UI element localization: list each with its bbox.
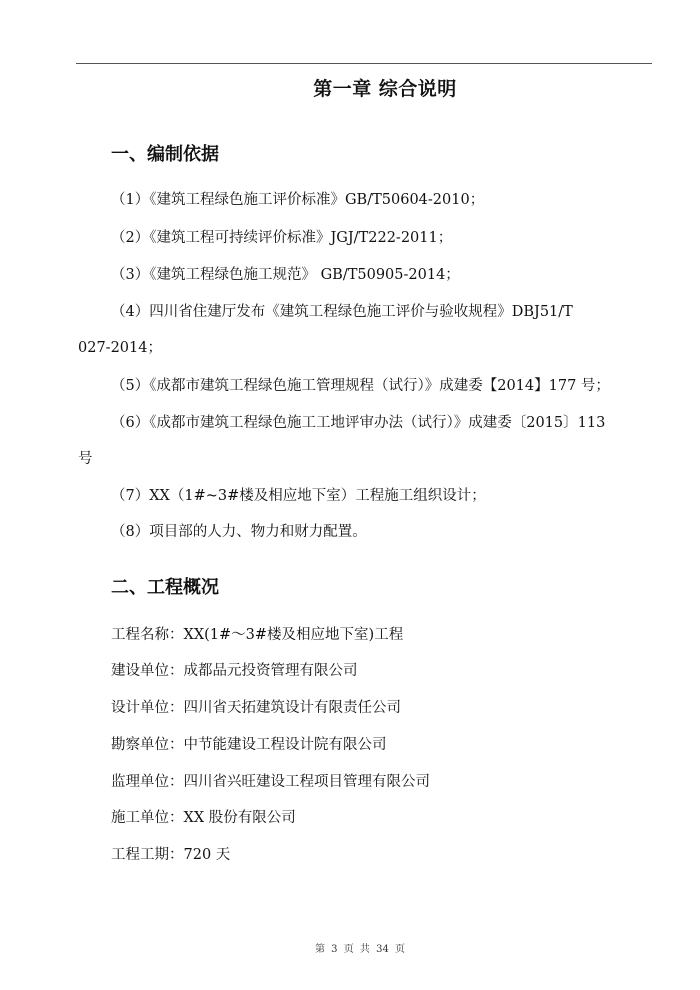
field-label: 工程名称：	[111, 627, 184, 643]
field-value: 成都品元投资管理有限公司	[184, 663, 358, 679]
field-label: 建设单位：	[111, 663, 184, 679]
basis-item-6-continued: 号	[78, 449, 93, 469]
field-label: 监理单位：	[111, 774, 184, 790]
field-label: 设计单位：	[111, 700, 184, 716]
field-label: 施工单位：	[111, 810, 184, 826]
field-value: 四川省天拓建筑设计有限责任公司	[184, 700, 402, 716]
field-value: 中节能建设工程设计院有限公司	[184, 737, 387, 753]
basis-item-8: （8）项目部的人力、物力和财力配置。	[111, 522, 367, 542]
field-value: XX(1#～3#楼及相应地下室)工程	[184, 627, 404, 643]
page-number-footer: 第 3 页 共 34 页	[0, 940, 700, 955]
basis-item-1: （1）《建筑工程绿色施工评价标准》GB/T50604-2010；	[111, 190, 484, 210]
field-value: 四川省兴旺建设工程项目管理有限公司	[184, 774, 431, 790]
field-value: XX 股份有限公司	[184, 810, 296, 826]
field-designer: 设计单位：四川省天拓建筑设计有限责任公司	[111, 698, 401, 718]
field-label: 工程工期：	[111, 847, 184, 863]
basis-item-2: （2）《建筑工程可持续评价标准》JGJ/T222-2011；	[111, 228, 452, 248]
basis-item-4-continued: 027-2014；	[78, 338, 162, 358]
field-duration: 工程工期：720 天	[111, 845, 230, 865]
basis-item-4: （4）四川省住建厅发布《建筑工程绿色施工评价与验收规程》DBJ51/T	[111, 302, 573, 322]
field-value: 720 天	[184, 847, 231, 863]
field-owner: 建设单位：成都品元投资管理有限公司	[111, 661, 358, 681]
section-heading-basis: 一、编制依据	[111, 140, 219, 166]
basis-item-3: （3）《建筑工程绿色施工规范》 GB/T50905-2014；	[111, 265, 460, 285]
chapter-title: 第一章 综合说明	[0, 74, 700, 101]
field-label: 勘察单位：	[111, 737, 184, 753]
header-rule	[76, 63, 652, 64]
field-surveyor: 勘察单位：中节能建设工程设计院有限公司	[111, 735, 387, 755]
field-project-name: 工程名称：XX(1#～3#楼及相应地下室)工程	[111, 625, 403, 645]
basis-item-6: （6）《成都市建筑工程绿色施工工地评审办法（试行）》成建委〔2015〕113	[111, 413, 605, 433]
basis-item-7: （7）XX（1#~3#楼及相应地下室）工程施工组织设计；	[111, 486, 486, 506]
basis-item-5: （5）《成都市建筑工程绿色施工管理规程（试行）》成建委【2014】177 号；	[111, 376, 610, 396]
field-contractor: 施工单位：XX 股份有限公司	[111, 808, 296, 828]
field-supervisor: 监理单位：四川省兴旺建设工程项目管理有限公司	[111, 772, 430, 792]
section-heading-overview: 二、工程概况	[111, 573, 219, 599]
